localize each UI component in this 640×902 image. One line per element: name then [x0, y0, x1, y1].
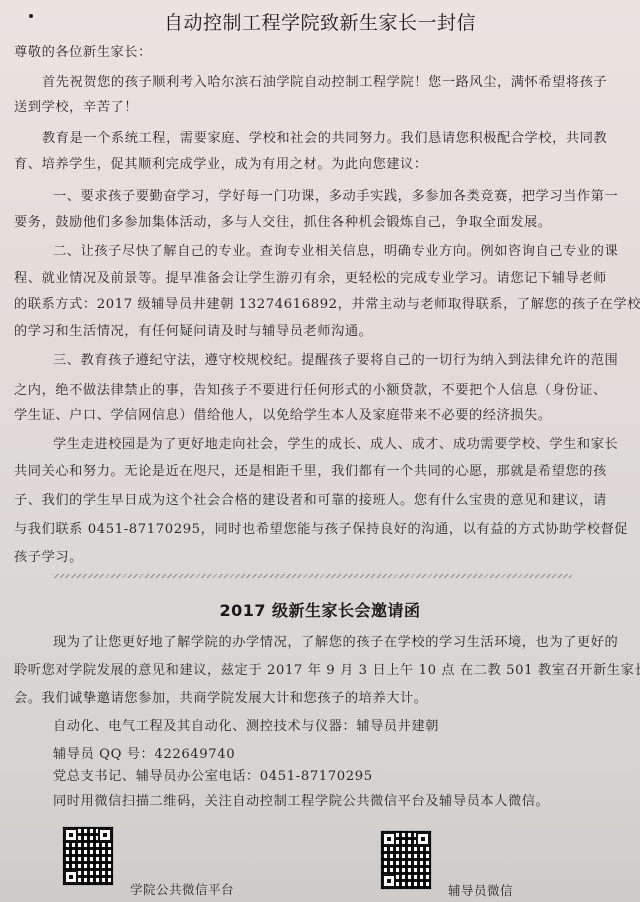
paragraph-line: 与我们联系 0451-87170295，同时也希望您能与孩子保持良好的沟通，以有…	[14, 520, 626, 540]
paragraph-line: 会。我们诚挚邀请您参加，共商学院发展大计和您孩子的培养大计。	[14, 689, 626, 709]
paragraph-line: 的联系方式：2017 级辅导员井建朝 13274616892，并常主动与老师取得…	[14, 295, 626, 315]
paragraph-line: 孩子学习。	[14, 548, 626, 568]
paragraph-line: 的学习和生活情况，有任何疑问请及时与辅导员老师沟通。	[14, 322, 626, 342]
paragraph-line: 子、我们的学生早日成为这个社会合格的建设者和可靠的接班人。您有什么宝贵的意见和建…	[14, 491, 626, 511]
qr-code-icon	[62, 826, 114, 886]
paragraph-line: 共同关心和努力。无论是近在咫尺，还是相距千里，我们都有一个共同的心愿，那就是希望…	[14, 462, 626, 482]
paragraph-line: 三、教育孩子遵纪守法，遵守校规校纪。提醒孩子要将自己的一切行为纳入到法律允许的范…	[53, 351, 626, 371]
letter-title: 自动控制工程学院致新生家长一封信	[0, 8, 640, 35]
salutation: 尊敬的各位新生家长：	[14, 43, 626, 63]
qr-code-icon	[380, 830, 432, 890]
paragraph-line: 首先祝贺您的孩子顺利考入哈尔滨石油学院自动控制工程学院！您一路风尘，满怀希望将孩…	[42, 73, 626, 93]
paragraph-line: 一、要求孩子要勤奋学习，学好每一门功课，多动手实践，多参加各类竞赛，把学习当作第…	[53, 187, 626, 207]
paragraph-line: 学生证、户口、学信网信息）借给他人，以免给学生本人及家庭带来不必要的经济损失。	[14, 406, 626, 426]
paragraph-line: 之内，绝不做法律禁止的事，告知孩子不要进行任何形式的小额贷款，不要把个人信息（身…	[14, 381, 626, 401]
invitation-title: 2017 级新生家长会邀请函	[0, 598, 640, 621]
counselor-line: 自动化、电气工程及其自动化、测控技术与仪器：辅导员井建朝	[53, 717, 626, 737]
wavy-divider	[52, 574, 572, 578]
qr-label-counselor: 辅导员微信	[448, 881, 513, 899]
qq-line: 辅导员 QQ 号：422649740	[53, 745, 626, 765]
letter-page: 自动控制工程学院致新生家长一封信 尊敬的各位新生家长： 首先祝贺您的孩子顺利考入…	[0, 0, 640, 902]
paragraph-line: 教育是一个系统工程，需要家庭、学校和社会的共同努力。我们恳请您积极配合学校，共同…	[42, 129, 626, 149]
paragraph-line: 送到学校，辛苦了！	[14, 98, 626, 118]
paragraph-line: 要务，鼓励他们多参加集体活动，多与人交往，抓住各种机会锻炼自己，争取全面发展。	[14, 213, 626, 233]
paragraph-line: 程、就业情况及前景等。提早准备会让学生游刃有余，更轻松的完成专业学习。请您记下辅…	[14, 269, 626, 289]
paragraph-line: 二、让孩子尽快了解自己的专业。查询专业相关信息，明确专业方向。例如咨询自己专业的…	[53, 242, 626, 262]
paragraph-line: 学生走进校园是为了更好地走向社会，学生的成长、成人、成才、成功需要学校、学生和家…	[53, 435, 626, 455]
phone-line: 党总支书记、辅导员办公室电话：0451-87170295	[53, 767, 626, 787]
paragraph-line: 育、培养学生，促其顺利完成学业，成为有用之材。为此向您建议：	[14, 155, 626, 175]
paragraph-line: 聆听您对学院发展的意见和建议，兹定于 2017 年 9 月 3 日上午 10 点…	[14, 661, 626, 681]
qr-label-college: 学院公共微信平台	[130, 880, 234, 898]
paragraph-line: 现为了让您更好地了解学院的办学情况，了解您的孩子在学校的学习生活环境，也为了更好…	[53, 633, 626, 653]
wechat-line: 同时用微信扫描二维码，关注自动控制工程学院公共微信平台及辅导员本人微信。	[53, 792, 626, 812]
